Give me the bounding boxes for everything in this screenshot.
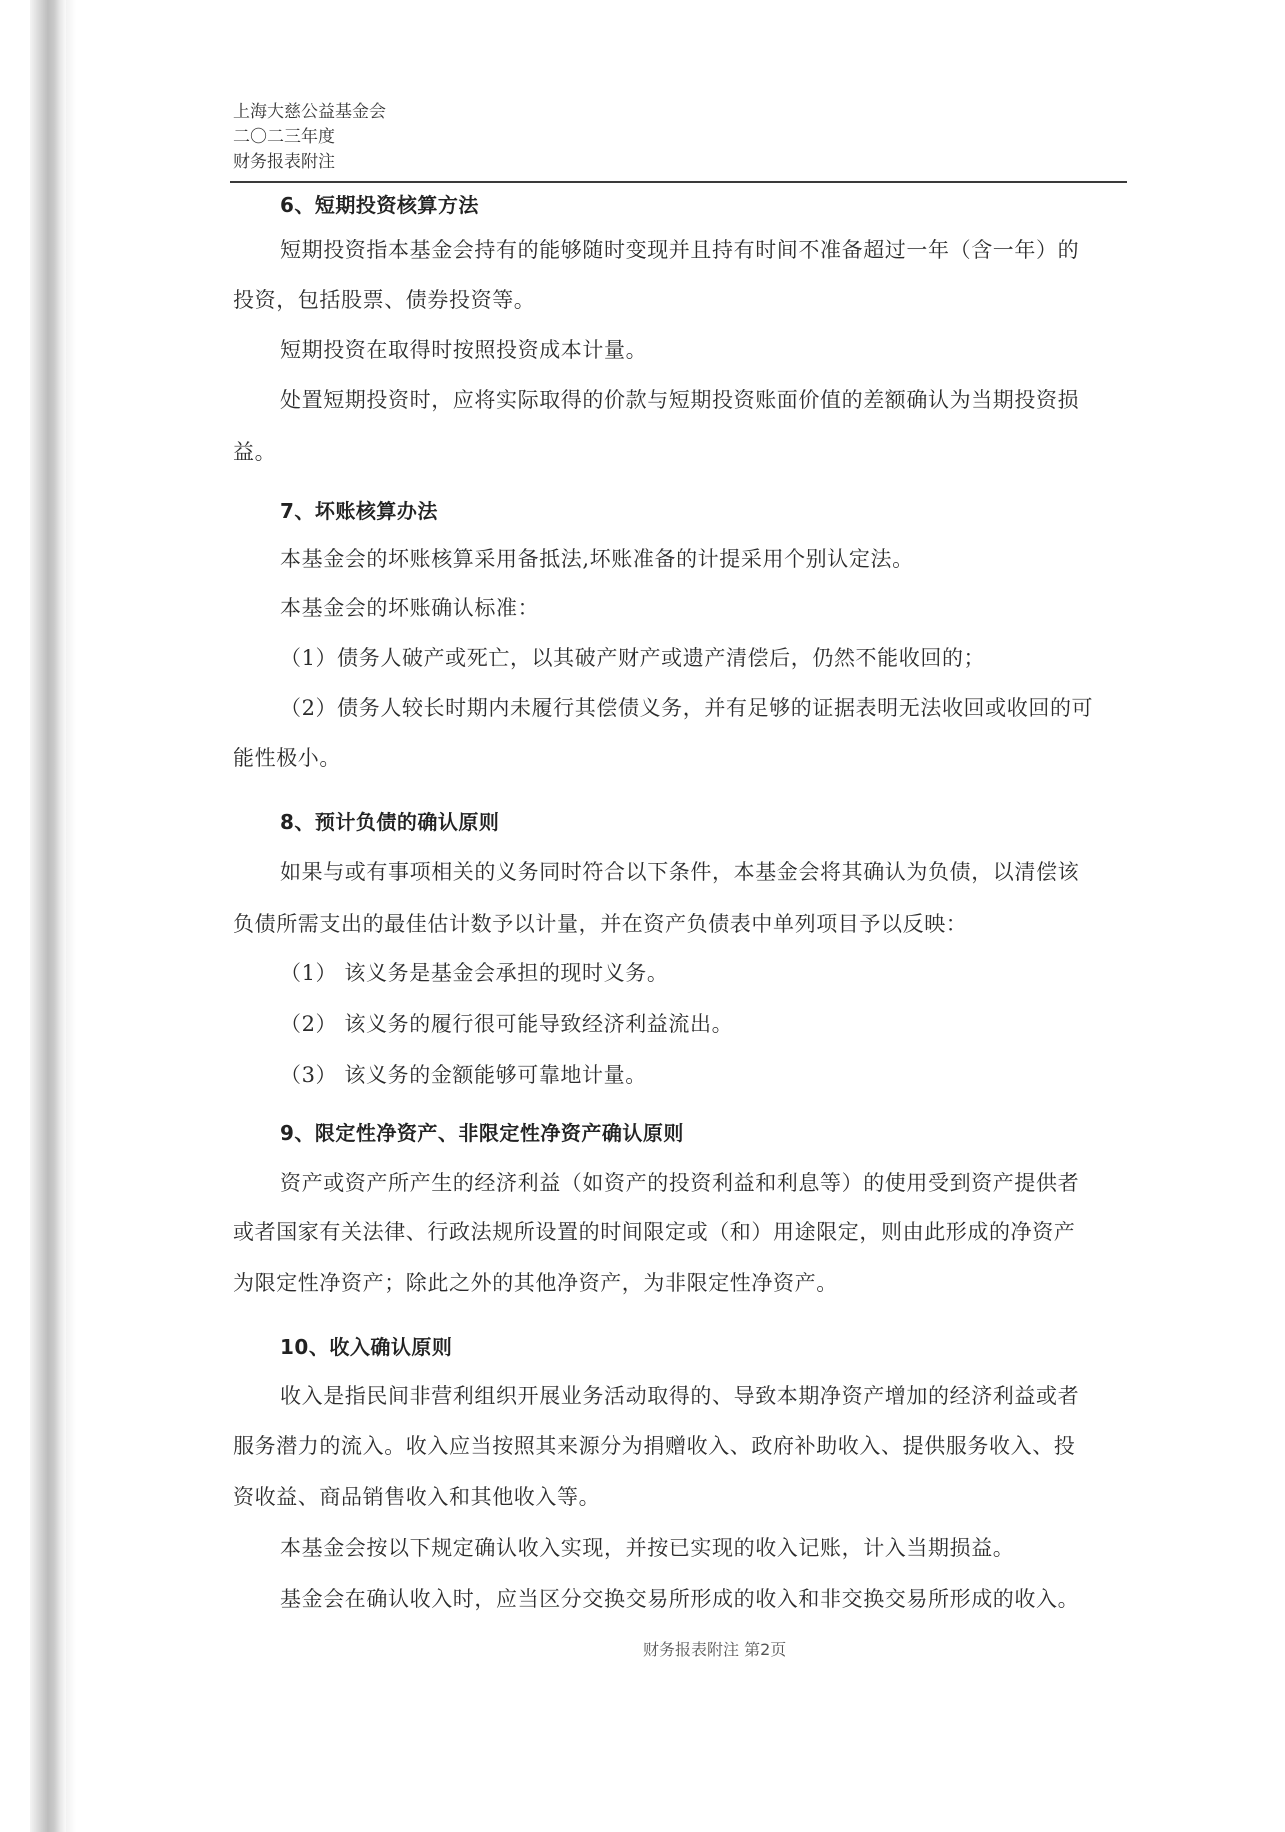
section-heading-8: 8、预计负债的确认原则 <box>280 808 499 836</box>
page-footer: 财务报表附注 第2页 <box>643 1638 786 1662</box>
paragraph-line: 负债所需支出的最佳估计数予以计量，并在资产负债表中单列项目予以反映： <box>233 910 967 938</box>
report-year: 二〇二三年度 <box>233 125 386 150</box>
paragraph-line: 或者国家有关法律、行政法规所设置的时间限定或（和）用途限定，则由此形成的净资产 <box>233 1218 1075 1246</box>
scan-binding-shadow <box>66 0 76 1832</box>
paragraph-line: 能性极小。 <box>233 744 341 772</box>
section-heading-6: 6、短期投资核算方法 <box>280 191 479 219</box>
scan-binding-edge <box>30 0 66 1832</box>
paragraph-line: 投资，包括股票、债券投资等。 <box>233 286 535 314</box>
paragraph-line: 益。 <box>233 438 276 466</box>
section-heading-7: 7、坏账核算办法 <box>280 497 438 525</box>
paragraph-line: 基金会在确认收入时，应当区分交换交易所形成的收入和非交换交易所形成的收入。 <box>280 1585 1079 1613</box>
section-heading-9: 9、限定性净资产、非限定性净资产确认原则 <box>280 1119 684 1147</box>
paragraph-line: 短期投资在取得时按照投资成本计量。 <box>280 336 647 364</box>
organization-name: 上海大慈公益基金会 <box>233 100 386 125</box>
page-header: 上海大慈公益基金会 二〇二三年度 财务报表附注 <box>233 100 386 175</box>
paragraph-line: 资收益、商品销售收入和其他收入等。 <box>233 1483 600 1511</box>
section-heading-10: 10、收入确认原则 <box>280 1333 452 1361</box>
paragraph-line: 收入是指民间非营利组织开展业务活动取得的、导致本期净资产增加的经济利益或者 <box>280 1382 1079 1410</box>
paragraph-line: 处置短期投资时，应将实际取得的价款与短期投资账面价值的差额确认为当期投资损 <box>280 386 1079 414</box>
list-item: （1） 该义务是基金会承担的现时义务。 <box>280 959 668 987</box>
paragraph-line: 为限定性净资产；除此之外的其他净资产，为非限定性净资产。 <box>233 1269 838 1297</box>
document-title: 财务报表附注 <box>233 150 386 175</box>
header-divider <box>230 181 1127 183</box>
paragraph-line: 服务潜力的流入。收入应当按照其来源分为捐赠收入、政府补助收入、提供服务收入、投 <box>233 1432 1075 1460</box>
list-item: （2） 该义务的履行很可能导致经济利益流出。 <box>280 1010 733 1038</box>
paragraph-line: 本基金会按以下规定确认收入实现，并按已实现的收入记账，计入当期损益。 <box>280 1534 1014 1562</box>
list-item: （2）债务人较长时期内未履行其偿债义务，并有足够的证据表明无法收回或收回的可 <box>280 694 1093 722</box>
list-item: （1）债务人破产或死亡，以其破产财产或遗产清偿后，仍然不能收回的； <box>280 644 985 672</box>
paragraph-line: 本基金会的坏账核算采用备抵法,坏账准备的计提采用个别认定法。 <box>280 545 914 573</box>
paragraph-line: 本基金会的坏账确认标准： <box>280 594 539 622</box>
paragraph-line: 如果与或有事项相关的义务同时符合以下条件，本基金会将其确认为负债，以清偿该 <box>280 858 1079 886</box>
paragraph-line: 资产或资产所产生的经济利益（如资产的投资利益和利息等）的使用受到资产提供者 <box>280 1169 1079 1197</box>
list-item: （3） 该义务的金额能够可靠地计量。 <box>280 1061 647 1089</box>
paragraph-line: 短期投资指本基金会持有的能够随时变现并且持有时间不准备超过一年（含一年）的 <box>280 236 1079 264</box>
